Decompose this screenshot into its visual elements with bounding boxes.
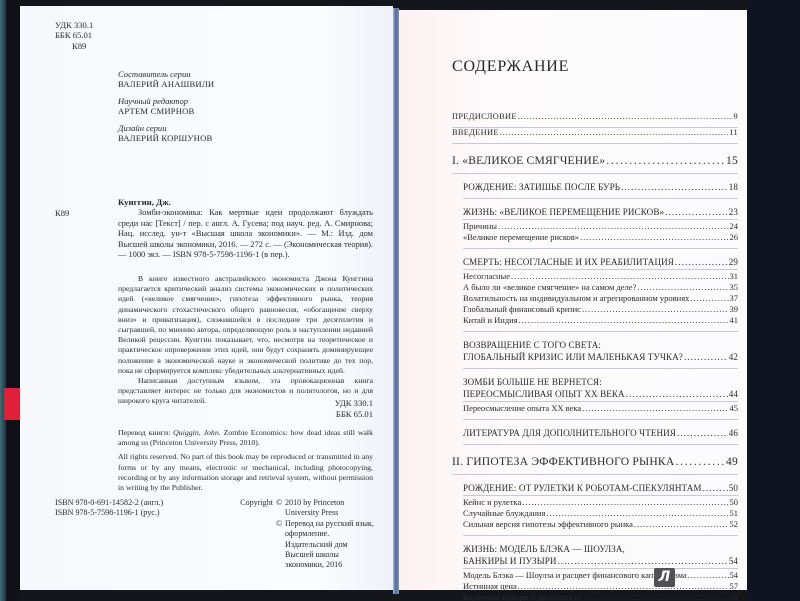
toc-divider bbox=[463, 495, 738, 496]
credit-name: ВАЛЕРИЙ КОРШУНОВ bbox=[118, 133, 214, 144]
toc-leader-dots bbox=[500, 128, 729, 137]
toc-leader-dots bbox=[606, 154, 725, 167]
toc-leader-dots bbox=[546, 508, 728, 518]
toc-entry-label: «Великое перемещение рисков» bbox=[463, 232, 579, 242]
toc-entry-label: ЛИТЕРАТУРА ДЛЯ ДОПОЛНИТЕЛЬНОГО ЧТЕНИЯ bbox=[463, 428, 676, 438]
toc-entry-page: 29 bbox=[729, 257, 738, 267]
toc-entry-label: СМЕРТЬ: НЕСОГЛАСНЫЕ И ИХ РЕАБИЛИТАЦИЯ bbox=[463, 257, 674, 267]
toc-entry-page: 45 bbox=[730, 403, 739, 413]
toc-entry[interactable]: ПРЕДИСЛОВИЕ9 bbox=[452, 112, 738, 121]
toc-leader-dots bbox=[498, 221, 728, 231]
toc-entry-page: 42 bbox=[729, 352, 738, 362]
toc-title: СОДЕРЖАНИЕ bbox=[452, 58, 569, 76]
toc-entry[interactable]: ВВЕДЕНИЕ11 bbox=[452, 128, 738, 137]
bbk-code: ББК 65.01 bbox=[300, 409, 373, 420]
toc-entry-label: Несогласные bbox=[463, 271, 510, 281]
toc-entry-heading-line: ЖИЗНЬ: МОДЕЛЬ БЛЭКА — ШОУЛЗА, bbox=[463, 544, 738, 554]
toc-leader-dots bbox=[665, 207, 728, 217]
toc-entry[interactable]: А было ли «великое смягчение» на самом д… bbox=[463, 282, 738, 292]
toc-entry-page: 15 bbox=[726, 154, 738, 167]
toc-entry-label: ПЕРЕОСМЫСЛИВАЯ ОПЫТ XX ВЕКА bbox=[463, 389, 625, 399]
toc-entry[interactable]: ЖИЗНЬ: «ВЕЛИКОЕ ПЕРЕМЕЩЕНИЕ РИСКОВ»23 bbox=[463, 207, 738, 217]
toc-entry[interactable]: Несогласные31 bbox=[463, 271, 738, 281]
copyright-original-text: 2010 by Princeton University Press bbox=[285, 498, 377, 519]
credit-name: ВАЛЕРИЙ АНАШВИЛИ bbox=[118, 79, 214, 90]
toc-entry[interactable]: Истинная цена57 bbox=[463, 581, 738, 591]
toc-divider bbox=[463, 198, 738, 199]
credit-name: АРТЕМ СМИРНОВ bbox=[118, 106, 214, 117]
toc-divider bbox=[463, 401, 738, 402]
toc-entry-label: А было ли «великое смягчение» на самом д… bbox=[463, 282, 636, 292]
toc-leader-dots bbox=[519, 315, 729, 325]
toc-entry-label: ЖИЗНЬ: «ВЕЛИКОЕ ПЕРЕМЕЩЕНИЕ РИСКОВ» bbox=[463, 207, 664, 217]
annotation: В книге известного австралийского эконом… bbox=[118, 274, 373, 407]
rights-notice: All rights reserved. No part of this boo… bbox=[118, 452, 373, 493]
toc-leader-dots bbox=[688, 570, 729, 580]
toc-entry-page: 44 bbox=[729, 389, 738, 399]
translation-info: Перевод книги: Quiggin, John. Zombie Eco… bbox=[118, 428, 373, 497]
toc-entry-page: 46 bbox=[729, 428, 738, 438]
toc-entry[interactable]: Сильная версия гипотезы эффективного рын… bbox=[463, 519, 738, 529]
toc-divider bbox=[463, 419, 738, 420]
toc-leader-dots bbox=[522, 497, 728, 507]
toc-entry-page: 51 bbox=[730, 508, 739, 518]
isbn-block: ISBN 978-0-691-14582-2 (англ.) ISBN 978-… bbox=[55, 498, 163, 519]
toc-entry-page: 41 bbox=[730, 315, 739, 325]
toc-entry-label: Биржевые пузыри и дисбалансы bbox=[463, 592, 580, 601]
toc-leader-dots bbox=[634, 519, 729, 529]
toc-divider bbox=[452, 474, 738, 475]
udk-code: УДК 330.1 bbox=[55, 20, 93, 30]
toc-entry-label: Случайные блуждания bbox=[463, 508, 545, 518]
toc-entry-page: 31 bbox=[730, 271, 739, 281]
copyright-original: Copyright © 2010 by Princeton University… bbox=[227, 498, 377, 519]
copyright-icon: © bbox=[276, 519, 285, 571]
credit-role: Дизайн серии bbox=[118, 123, 214, 133]
toc-entry[interactable]: Волатильность на индивидуальном и агреги… bbox=[463, 293, 738, 303]
toc-entry-label: Причины bbox=[463, 221, 497, 231]
toc-leader-dots bbox=[675, 257, 728, 267]
toc-entry[interactable]: Случайные блуждания51 bbox=[463, 508, 738, 518]
toc-entry[interactable]: Китай и Индия41 bbox=[463, 315, 738, 325]
toc-entry-label: I. «ВЕЛИКОЕ СМЯГЧЕНИЕ» bbox=[452, 154, 605, 167]
book-cover-strip bbox=[6, 0, 20, 601]
classification-block: УДК 330.1 ББК 65.01 К89 bbox=[55, 20, 93, 51]
toc-leader-dots bbox=[621, 182, 728, 192]
isbn-english: ISBN 978-0-691-14582-2 (англ.) bbox=[55, 498, 163, 508]
toc-entry-page: 50 bbox=[729, 483, 738, 493]
series-credits: Составитель серии ВАЛЕРИЙ АНАШВИЛИ Научн… bbox=[118, 69, 214, 150]
biblio-record: Зомби-экономика: Как мертвые идеи продол… bbox=[118, 208, 373, 261]
toc-entry-page: 24 bbox=[730, 221, 739, 231]
toc-leader-dots bbox=[581, 592, 728, 601]
toc-entry-page: 35 bbox=[730, 282, 739, 292]
biblio-author: Куиггин, Дж. bbox=[118, 197, 171, 207]
toc-entry[interactable]: РОЖДЕНИЕ: ЗАТИШЬЕ ПОСЛЕ БУРЬ18 bbox=[463, 182, 738, 192]
toc-leader-dots bbox=[690, 293, 728, 303]
toc-entry-label: Глобальный финансовый кризис bbox=[463, 304, 581, 314]
udk-code: УДК 330.1 bbox=[300, 398, 373, 409]
toc-leader-dots bbox=[558, 556, 728, 566]
toc-leader-dots bbox=[518, 581, 729, 591]
toc-leader-dots bbox=[675, 455, 725, 468]
toc-entry[interactable]: РОЖДЕНИЕ: ОТ РУЛЕТКИ К РОБОТАМ-СПЕКУЛЯНТ… bbox=[463, 483, 738, 493]
toc-divider bbox=[463, 535, 738, 536]
toc-leader-dots bbox=[703, 483, 728, 493]
bookmark-ribbon bbox=[4, 388, 20, 420]
toc-entry[interactable]: Глобальный финансовый кризис39 bbox=[463, 304, 738, 314]
copyright-translation-text: Перевод на русский язык, оформление. Изд… bbox=[285, 519, 377, 571]
copyright-icon: © bbox=[276, 498, 285, 519]
copyright-translation: © Перевод на русский язык, оформление. И… bbox=[227, 519, 377, 571]
annotation-paragraph: В книге известного австралийского эконом… bbox=[118, 274, 373, 376]
toc-entry-page: 50 bbox=[730, 497, 739, 507]
book-cover-edge-right bbox=[747, 0, 800, 601]
toc-entry-page: 39 bbox=[730, 304, 739, 314]
toc-entry-label: II. ГИПОТЕЗА ЭФФЕКТИВНОГО РЫНКА bbox=[452, 455, 674, 468]
toc-entry-label: РОЖДЕНИЕ: ОТ РУЛЕТКИ К РОБОТАМ-СПЕКУЛЯНТ… bbox=[463, 483, 702, 493]
left-page: УДК 330.1 ББК 65.01 К89 Составитель сери… bbox=[20, 6, 393, 590]
toc-leader-dots bbox=[637, 282, 728, 292]
toc-leader-dots bbox=[511, 271, 728, 281]
toc-divider bbox=[463, 269, 738, 270]
toc-entry[interactable]: I. «ВЕЛИКОЕ СМЯГЧЕНИЕ»15 bbox=[452, 154, 738, 167]
toc-divider bbox=[463, 248, 738, 249]
toc-entry-page: 57 bbox=[730, 581, 739, 591]
toc-entry[interactable]: Биржевые пузыри и дисбалансы58 bbox=[463, 592, 738, 601]
toc-entry-label: Китай и Индия bbox=[463, 315, 518, 325]
toc-entry-page: 49 bbox=[726, 455, 738, 468]
toc-divider bbox=[463, 444, 738, 445]
credit-role: Составитель серии bbox=[118, 69, 214, 79]
toc-entry[interactable]: БАНКИРЫ И ПУЗЫРИ54 bbox=[463, 556, 738, 566]
toc-entry-page: 11 bbox=[729, 128, 738, 137]
toc-entry-page: 23 bbox=[729, 207, 738, 217]
toc-entry-label: РОЖДЕНИЕ: ЗАТИШЬЕ ПОСЛЕ БУРЬ bbox=[463, 182, 620, 192]
bbk-code: ББК 65.01 bbox=[55, 30, 93, 40]
toc-entry[interactable]: Модель Блэка — Шоулза и расцвет финансов… bbox=[463, 570, 738, 580]
toc-leader-dots bbox=[582, 304, 729, 314]
toc-divider bbox=[463, 368, 738, 369]
original-author: Quiggin, John. bbox=[173, 428, 221, 437]
classification-repeat: УДК 330.1 ББК 65.01 bbox=[300, 398, 373, 420]
toc-entry[interactable]: СМЕРТЬ: НЕСОГЛАСНЫЕ И ИХ РЕАБИЛИТАЦИЯ29 bbox=[463, 257, 738, 267]
toc-entry[interactable]: ГЛОБАЛЬНЫЙ КРИЗИС ИЛИ МАЛЕНЬКАЯ ТУЧКА?42 bbox=[463, 352, 738, 362]
isbn-russian: ISBN 978-5-7598-1196-1 (рус.) bbox=[55, 508, 163, 518]
toc-divider bbox=[463, 219, 738, 220]
toc-entry-page: 58 bbox=[730, 592, 739, 601]
toc-leader-dots bbox=[580, 232, 728, 242]
toc-leader-dots bbox=[684, 352, 728, 362]
toc-entry-page: 54 bbox=[729, 556, 738, 566]
table-of-contents: ПРЕДИСЛОВИЕ9ВВЕДЕНИЕ11I. «ВЕЛИКОЕ СМЯГЧЕ… bbox=[452, 112, 738, 601]
toc-entry-page: 37 bbox=[730, 293, 739, 303]
toc-entry-page: 54 bbox=[730, 570, 739, 580]
toc-entry[interactable]: ПЕРЕОСМЫСЛИВАЯ ОПЫТ XX ВЕКА44 bbox=[463, 389, 738, 399]
toc-entry[interactable]: Кейнс и рулетка50 bbox=[463, 497, 738, 507]
toc-entry-page: 18 bbox=[729, 182, 738, 192]
labirint-logo-icon: Л bbox=[654, 568, 675, 587]
toc-entry[interactable]: «Великое перемещение рисков»26 bbox=[463, 232, 738, 242]
author-mark: К89 bbox=[55, 41, 93, 51]
toc-divider bbox=[452, 173, 738, 174]
biblio-code: К89 bbox=[55, 208, 69, 218]
copyright-label: Copyright bbox=[227, 498, 276, 519]
translation-prefix: Перевод книги: bbox=[118, 428, 173, 437]
credit-scientific-editor: Научный редактор АРТЕМ СМИРНОВ bbox=[118, 96, 214, 117]
toc-divider bbox=[463, 331, 738, 332]
toc-entry-label: БАНКИРЫ И ПУЗЫРИ bbox=[463, 556, 557, 566]
toc-entry[interactable]: Переосмысление опыта XX века45 bbox=[463, 403, 738, 413]
copyright-label-spacer bbox=[227, 519, 276, 571]
copyright-block: Copyright © 2010 by Princeton University… bbox=[227, 498, 377, 571]
toc-entry-page: 26 bbox=[730, 232, 739, 242]
toc-entry-label: Сильная версия гипотезы эффективного рын… bbox=[463, 519, 633, 529]
toc-leader-dots bbox=[677, 428, 728, 438]
toc-divider bbox=[463, 568, 738, 569]
credit-role: Научный редактор bbox=[118, 96, 214, 106]
toc-leader-dots bbox=[518, 112, 733, 121]
credit-series-design: Дизайн серии ВАЛЕРИЙ КОРШУНОВ bbox=[118, 123, 214, 144]
credit-series-compiler: Составитель серии ВАЛЕРИЙ АНАШВИЛИ bbox=[118, 69, 214, 90]
toc-leader-dots bbox=[626, 389, 728, 399]
translation-source: Перевод книги: Quiggin, John. Zombie Eco… bbox=[118, 428, 373, 448]
toc-leader-dots bbox=[582, 403, 728, 413]
toc-entry-label: Переосмысление опыта XX века bbox=[463, 403, 581, 413]
toc-divider bbox=[452, 143, 738, 144]
toc-entry[interactable]: Причины24 bbox=[463, 221, 738, 231]
toc-entry-heading-line: ВОЗВРАЩЕНИЕ С ТОГО СВЕТА: bbox=[463, 340, 738, 350]
toc-entry-label: ГЛОБАЛЬНЫЙ КРИЗИС ИЛИ МАЛЕНЬКАЯ ТУЧКА? bbox=[463, 352, 683, 362]
toc-entry[interactable]: II. ГИПОТЕЗА ЭФФЕКТИВНОГО РЫНКА49 bbox=[452, 455, 738, 468]
toc-entry-label: ПРЕДИСЛОВИЕ bbox=[452, 112, 517, 121]
toc-entry-label: Кейнс и рулетка bbox=[463, 497, 521, 507]
toc-entry-label: ВВЕДЕНИЕ bbox=[452, 128, 499, 137]
toc-entry-page: 52 bbox=[730, 519, 739, 529]
toc-entry[interactable]: ЛИТЕРАТУРА ДЛЯ ДОПОЛНИТЕЛЬНОГО ЧТЕНИЯ46 bbox=[463, 428, 738, 438]
toc-entry-label: Истинная цена bbox=[463, 581, 517, 591]
toc-entry-heading-line: ЗОМБИ БОЛЬШЕ НЕ ВЕРНЕТСЯ: bbox=[463, 377, 738, 387]
toc-entry-page: 9 bbox=[734, 112, 739, 121]
toc-entry-label: Волатильность на индивидуальном и агреги… bbox=[463, 293, 689, 303]
